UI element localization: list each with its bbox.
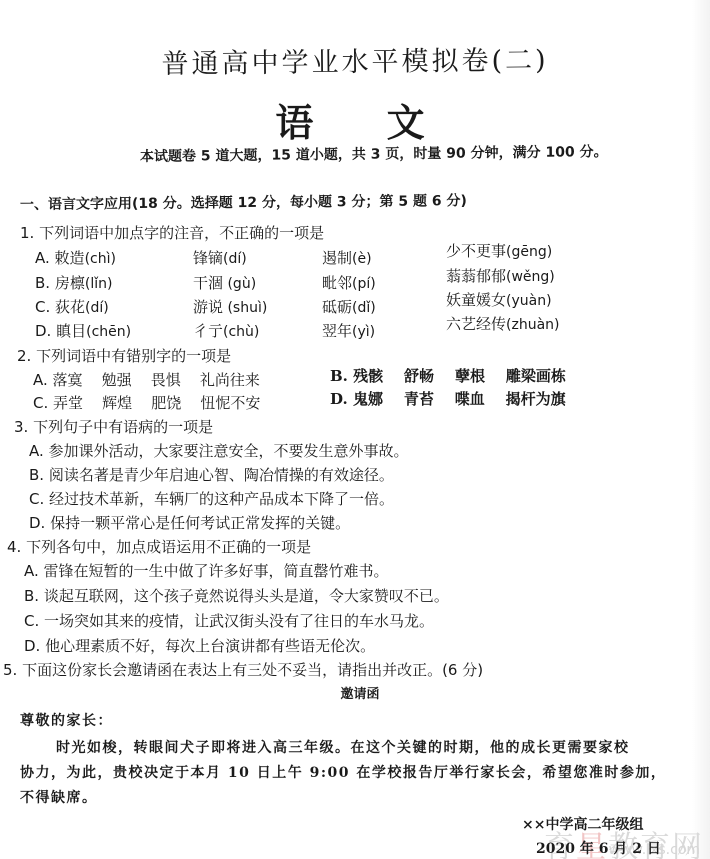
letter-line-1: 时光如梭，转眼间犬子即将进入高三年级。在这个关键的时期，他的成长更需要家校	[56, 737, 630, 757]
word: 揭杆为旗	[506, 390, 566, 408]
q1-d-item-2: 彳亍(chù)	[193, 320, 259, 341]
q1-a-item-3: 遏制(è)	[322, 247, 372, 268]
pinyin: (dí)	[223, 251, 247, 267]
q1-b-item-2: 干涸 (gù)	[193, 272, 256, 293]
pinyin: (yì)	[352, 324, 375, 340]
word: 瞋目	[56, 322, 86, 340]
q4-option-b: B. 谈起互联网，这个孩子竟然说得头头是道，令大家赞叹不已。	[24, 585, 449, 606]
q3-option-d: D. 保持一颗平常心是任何考试正常发挥的关键。	[29, 512, 350, 533]
word: 蓊蓊郁郁	[446, 267, 506, 285]
word: 青苔	[404, 390, 434, 408]
q3-option-c: C. 经过技术革新，车辆厂的这种产品成本下降了一倍。	[29, 488, 394, 509]
word: 礼尚往来	[200, 371, 260, 389]
question-3-stem: 3. 下列句子中有语病的一项是	[14, 416, 213, 437]
q1-c-item-3: 砥砺(dǐ)	[322, 296, 376, 317]
pinyin: (pí)	[352, 276, 376, 292]
word: 翌年	[322, 322, 352, 340]
q1-option-c: C. 荻花(dí)	[35, 296, 109, 317]
word: 雕梁画栋	[506, 367, 566, 385]
word: 彳亍	[193, 322, 223, 340]
pinyin: (chì)	[85, 251, 116, 267]
pinyin: (dí)	[85, 300, 109, 316]
pinyin: (gù)	[223, 276, 256, 292]
word: 砥砺	[322, 298, 352, 316]
pinyin: (è)	[352, 251, 372, 267]
letter-line-3: 不得缺席。	[20, 787, 98, 807]
q2-option-a: A. 落寞 勉强 畏惧 礼尚往来	[33, 369, 260, 390]
word: 六艺经传	[446, 315, 506, 333]
q2-option-b: B. 残骸 舒畅 孽根 雕梁画栋	[330, 365, 566, 386]
q4-option-d: D. 他心理素质不好，每次上台演讲都有些语无伦次。	[24, 635, 375, 656]
pinyin: (chù)	[223, 324, 259, 340]
word: 少不更事	[446, 242, 506, 260]
pinyin: (lǐn)	[85, 276, 113, 292]
q2-option-c: C. 弄堂 辉煌 肥饶 忸怩不安	[33, 392, 260, 413]
word: 畏惧	[151, 371, 181, 389]
word: 干涸	[193, 274, 223, 292]
q4-option-c: C. 一场突如其来的疫情，让武汉街头没有了往日的车水马龙。	[24, 610, 434, 631]
word: 遏制	[322, 249, 352, 267]
word: 游说	[193, 298, 223, 316]
q2-option-d: D. 鬼娜 青苔 喋血 揭杆为旗	[330, 388, 566, 409]
q1-a-item-4: 少不更事(gēng)	[446, 240, 552, 261]
exam-title: 普通高中学业水平模拟卷(二)	[0, 36, 710, 82]
pinyin: (shuì)	[223, 300, 267, 316]
word: 落寞	[53, 371, 83, 389]
word: 残骸	[353, 367, 383, 385]
q1-option-d: D. 瞋目(chēn)	[35, 320, 131, 341]
word: 敕造	[55, 249, 85, 267]
letter-date: 2020 年 6 月 2 日	[536, 838, 661, 858]
q1-c-item-4: 妖童媛女(yuàn)	[446, 289, 552, 310]
pinyin: (wěng)	[506, 269, 555, 285]
word: 辉煌	[102, 394, 132, 412]
pinyin: (dǐ)	[352, 300, 376, 316]
exam-info: 本试题卷 5 道大题，15 道小题，共 3 页，时量 90 分钟，满分 100 …	[140, 141, 608, 166]
question-5-stem: 5. 下面这份家长会邀请函在表达上有三处不妥当，请指出并改正。(6 分)	[3, 659, 483, 680]
word: 鬼娜	[353, 390, 383, 408]
word: 妖童媛女	[446, 291, 506, 309]
pinyin: (gēng)	[506, 244, 552, 260]
section-heading: 一、语言文字应用(18 分。选择题 12 分，每小题 3 分；第 5 题 6 分…	[20, 190, 467, 214]
q3-option-a: A. 参加课外活动，大家要注意安全，不要发生意外事故。	[29, 440, 409, 461]
option-label: A.	[33, 371, 48, 389]
letter-salutation: 尊敬的家长：	[20, 710, 113, 730]
word: 喋血	[455, 390, 485, 408]
word: 忸怩不安	[200, 394, 260, 412]
q1-a-item-2: 锋镝(dí)	[193, 247, 247, 268]
word: 舒畅	[404, 367, 434, 385]
option-label: B.	[330, 367, 348, 385]
question-4-stem: 4. 下列各句中，加点成语运用不正确的一项是	[7, 536, 311, 557]
option-label: C.	[35, 298, 50, 316]
option-label: A.	[35, 249, 50, 267]
pinyin: (chēn)	[86, 324, 131, 340]
word: 肥饶	[151, 394, 181, 412]
q1-b-item-4: 蓊蓊郁郁(wěng)	[446, 265, 555, 286]
option-label: B.	[35, 274, 50, 292]
subject-title: 语 文	[0, 92, 710, 147]
letter-line-2: 协力，为此，贵校决定于本月 10 日上午 9:00 在学校报告厅举行家长会，希望…	[20, 762, 666, 782]
q4-option-a: A. 雷锋在短暂的一生中做了许多好事，简直罄竹难书。	[24, 560, 389, 581]
question-2-stem: 2. 下列词语中有错别字的一项是	[17, 345, 231, 366]
q3-option-b: B. 阅读名著是青少年启迪心智、陶冶情操的有效途径。	[29, 464, 394, 485]
word: 荻花	[55, 298, 85, 316]
q1-option-b: B. 房檩(lǐn)	[35, 272, 112, 293]
word: 房檩	[55, 274, 85, 292]
q1-b-item-3: 毗邻(pí)	[322, 272, 376, 293]
word: 孽根	[455, 367, 485, 385]
q1-option-a: A. 敕造(chì)	[35, 247, 116, 268]
option-label: D.	[330, 390, 348, 408]
word: 毗邻	[322, 274, 352, 292]
option-label: D.	[35, 322, 51, 340]
option-label: C.	[33, 394, 48, 412]
word: 勉强	[102, 371, 132, 389]
q1-c-item-2: 游说 (shuì)	[193, 296, 267, 317]
word: 弄堂	[53, 394, 83, 412]
q1-d-item-4: 六艺经传(zhuàn)	[446, 313, 560, 334]
letter-signature: ××中学高二年级组	[522, 814, 643, 834]
question-1-stem: 1. 下列词语中加点字的注音，不正确的一项是	[20, 222, 324, 243]
pinyin: (zhuàn)	[506, 317, 559, 333]
word: 锋镝	[193, 249, 223, 267]
letter-heading: 邀请函	[0, 683, 710, 702]
q1-d-item-3: 翌年(yì)	[322, 320, 375, 341]
pinyin: (yuàn)	[506, 293, 552, 309]
